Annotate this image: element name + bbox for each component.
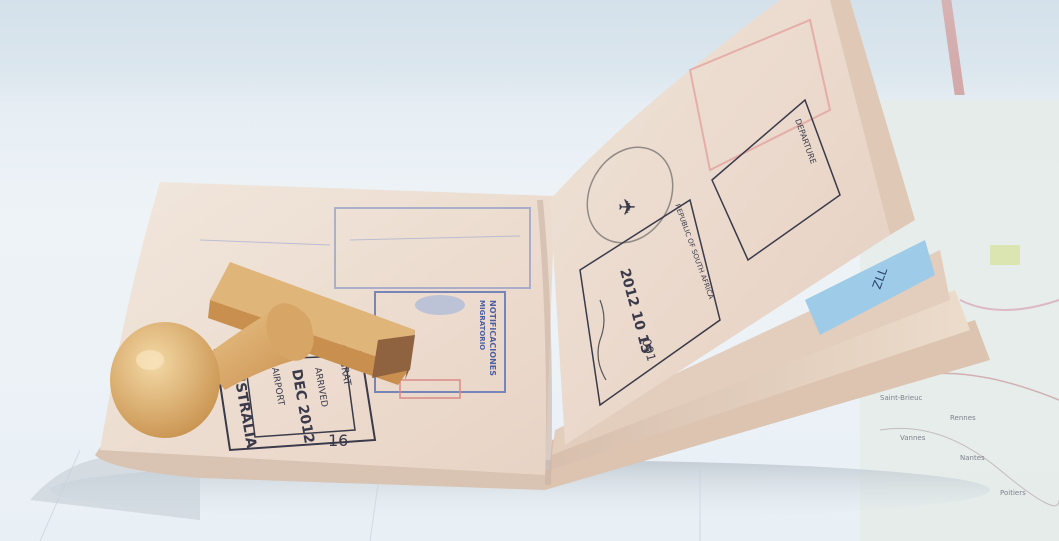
svg-text:Rennes: Rennes (950, 414, 976, 422)
svg-text:NOTIFICACIONES: NOTIFICACIONES (488, 300, 497, 376)
svg-text:✈: ✈ (618, 196, 636, 221)
photo-scene: Saint-Brieuc Rennes Vannes Nantes Poitie… (0, 0, 1059, 541)
svg-text:Vannes: Vannes (900, 434, 926, 442)
svg-text:MIGRATORIO: MIGRATORIO (478, 300, 486, 350)
passport-illustration: Saint-Brieuc Rennes Vannes Nantes Poitie… (0, 0, 1059, 541)
svg-text:Saint-Brieuc: Saint-Brieuc (880, 394, 923, 402)
svg-text:16: 16 (328, 431, 348, 450)
svg-text:Poitiers: Poitiers (1000, 489, 1026, 497)
svg-text:Nantes: Nantes (960, 454, 985, 462)
